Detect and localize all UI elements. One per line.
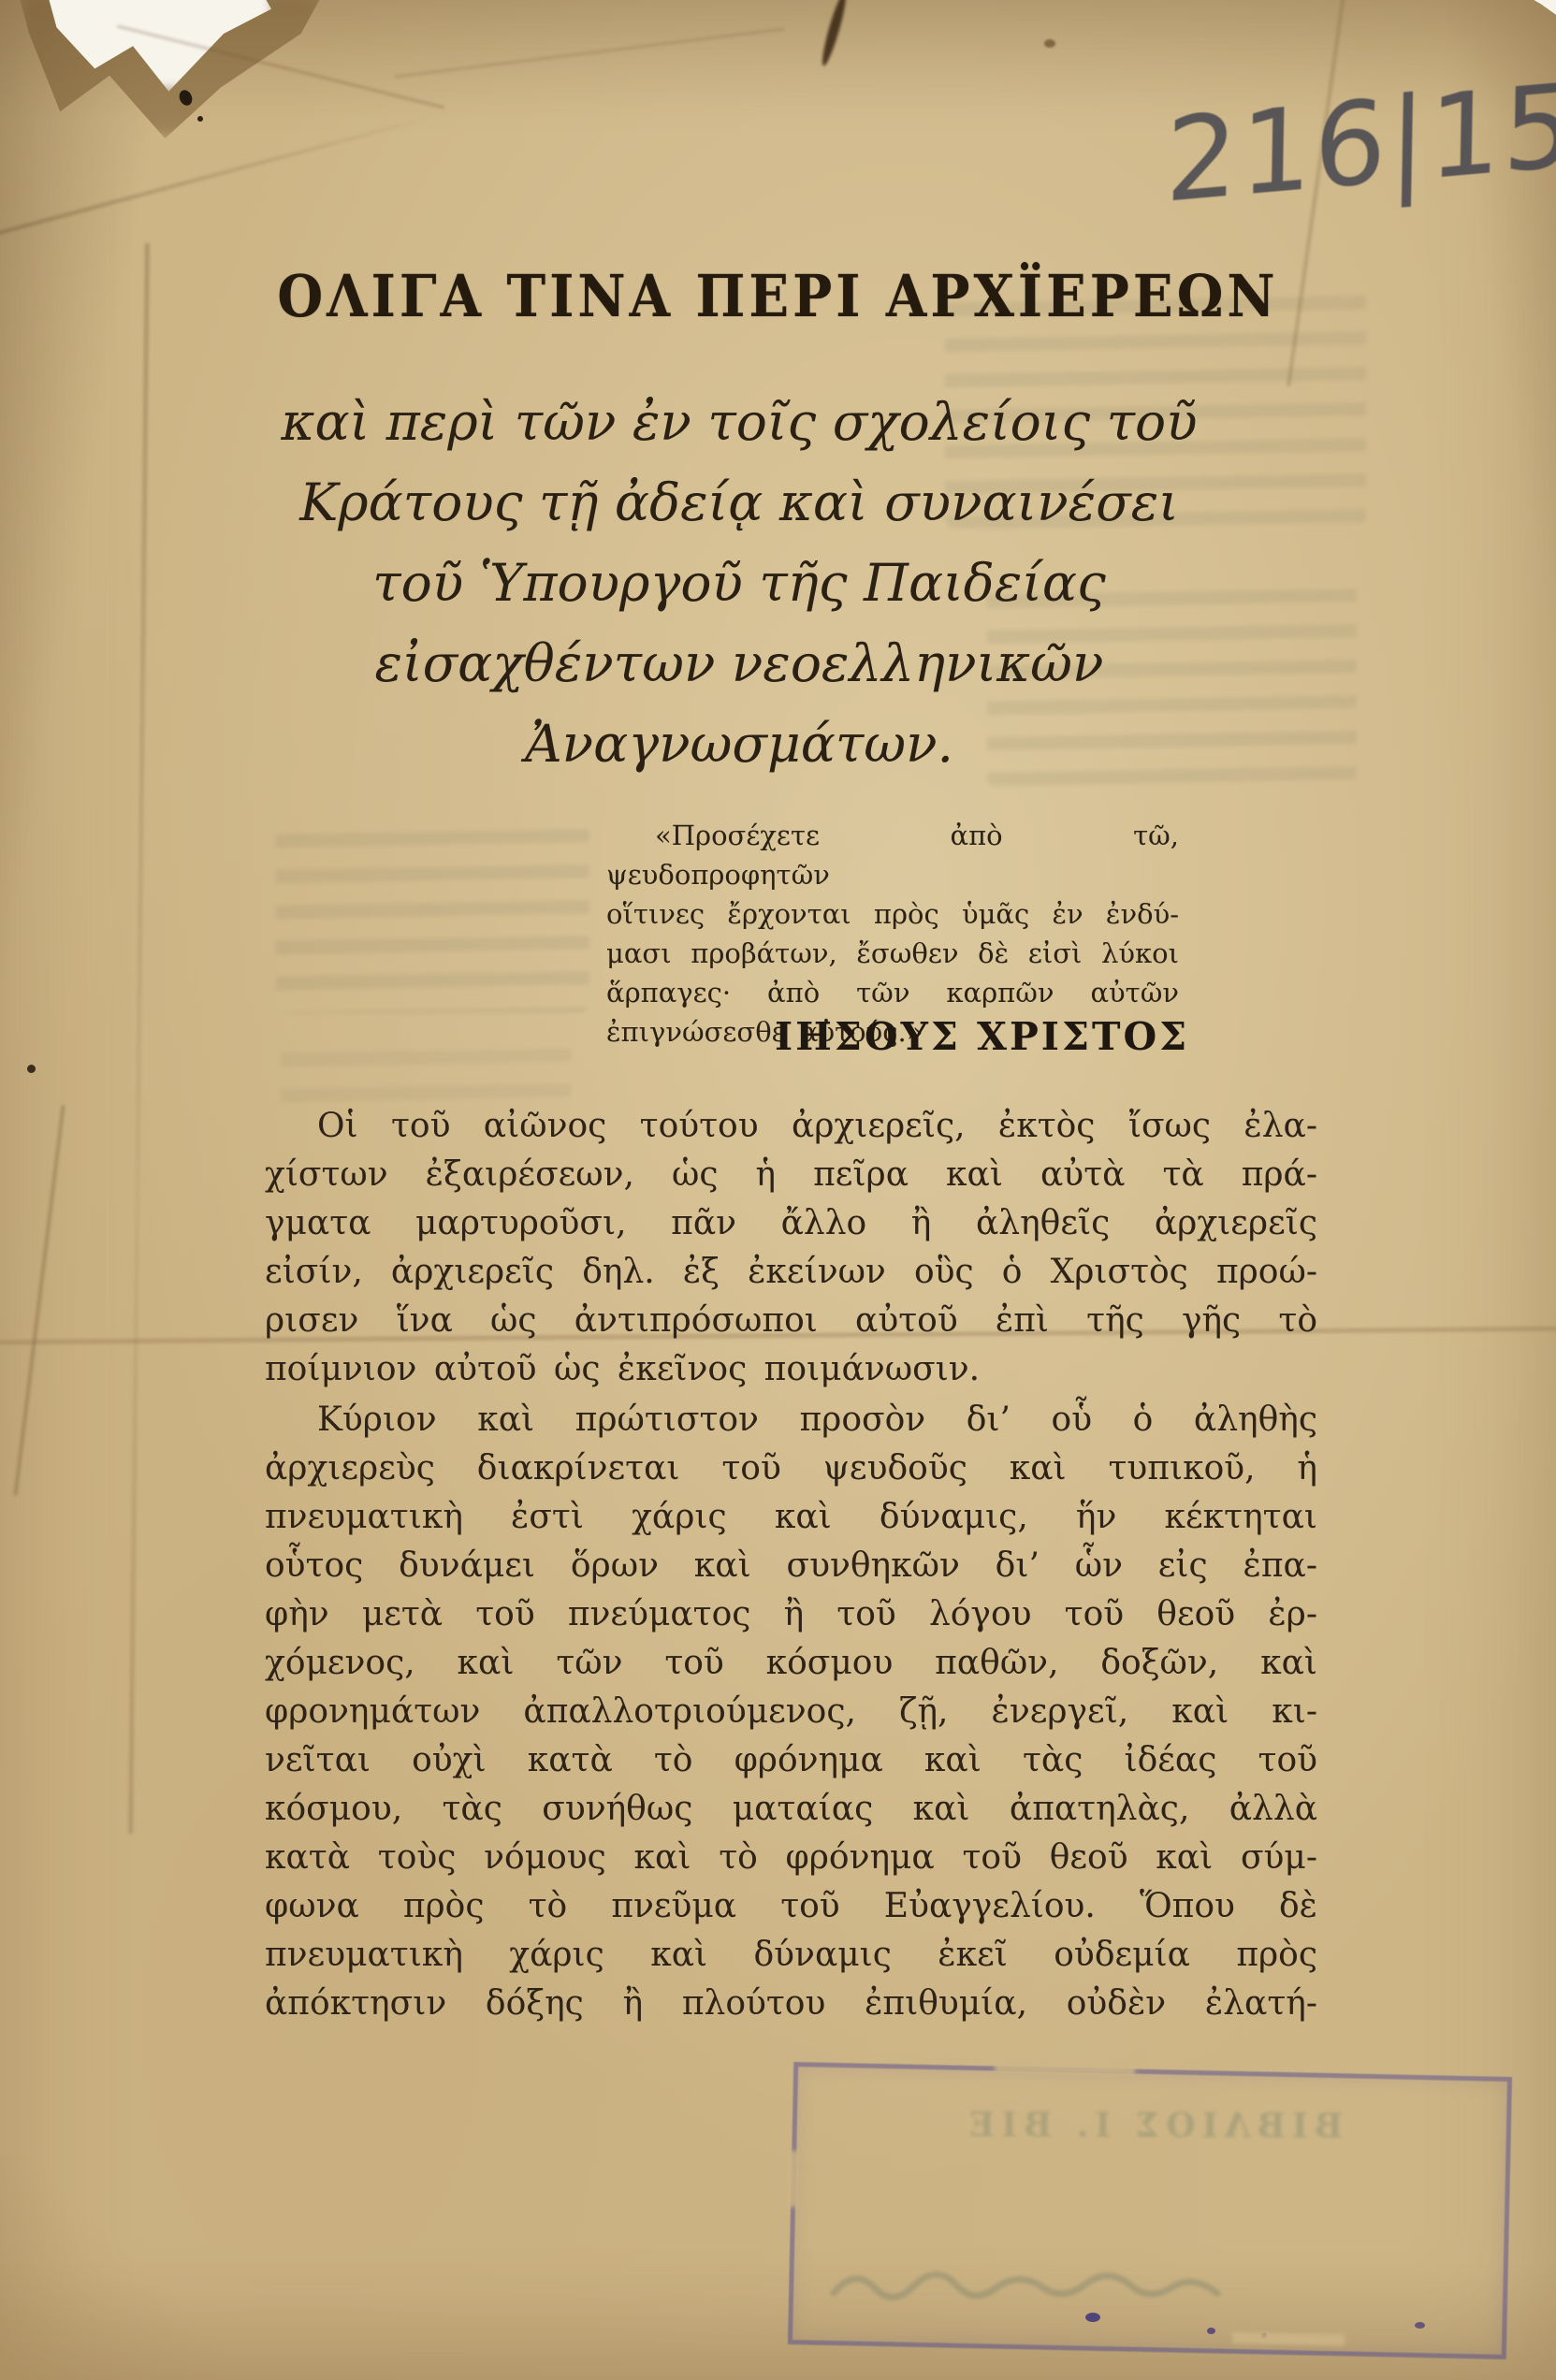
text-line: Κύριον καὶ πρώτιστον προσὸν δι’ οὗ ὁ ἀλη… [265, 1396, 1317, 1444]
text-line: γματα μαρτυροῦσι, πᾶν ἄλλο ἢ ἀληθεῖς ἀρχ… [265, 1199, 1317, 1248]
text-line: κατὰ τοὺς νόμους καὶ τὸ φρόνημα τοῦ θεοῦ… [265, 1834, 1317, 1882]
text-line: ἀπόκτησιν δόξης ἢ πλούτου ἐπιθυμία, οὐδὲ… [265, 1980, 1317, 2028]
text-line: νεῖται οὐχὶ κατὰ τὸ φρόνημα καὶ τὰς ἰδέα… [265, 1736, 1317, 1785]
body-paragraph: Κύριον καὶ πρώτιστον προσὸν δι’ οὗ ὁ ἀλη… [265, 1396, 1317, 2028]
text-line: μασι προβάτων, ἔσωθεν δὲ εἰσὶ λύκοι [606, 934, 1179, 973]
archive-number-handwriting: 216|15 [1165, 75, 1503, 219]
stamp-border-break [788, 2151, 798, 2207]
subtitle-block: καὶ περὶ τῶν ἐν τοῖς σχολείοις τοῦΚράτου… [159, 382, 1319, 784]
text-line: εἰσίν, ἀρχιερεῖς δηλ. ἐξ ἐκείνων οὓς ὁ Χ… [265, 1248, 1317, 1297]
text-line: χόμενος, καὶ τῶν τοῦ κόσμου παθῶν, δοξῶν… [265, 1639, 1317, 1688]
corner-fold [0, 2155, 243, 2380]
text-line: φὴν μετὰ τοῦ πνεύματος ἢ τοῦ λόγου τοῦ θ… [265, 1590, 1317, 1639]
text-line: τοῦ Ὑπουργοῦ τῆς Παιδείας [159, 543, 1319, 623]
stamp-border-break [995, 2063, 1135, 2075]
bleed-through-text [281, 1031, 571, 1111]
body-paragraph: Οἱ τοῦ αἰῶνος τούτου ἀρχιερεῖς, ἐκτὸς ἴσ… [265, 1102, 1317, 1394]
text-line: ἀρχιερεὺς διακρίνεται τοῦ ψευδοῦς καὶ τυ… [265, 1444, 1317, 1493]
text-line: χίστων ἐξαιρέσεων, ὡς ἡ πεῖρα καὶ αὐτὰ τ… [265, 1151, 1317, 1199]
stamp-squiggle [826, 2251, 1229, 2325]
ink-speck [197, 116, 203, 122]
text-line: ἅρπαγες· ἀπὸ τῶν καρπῶν αὐτῶν [606, 973, 1179, 1012]
page-title: ΟΛΙΓΑ ΤΙΝΑ ΠΕΡΙ ΑΡΧΪΕΡΕΩΝ [0, 263, 1556, 331]
stamp-ghost-text: ΒΙΒΛΙΟΣ Ι. ΒΙΕ [900, 2105, 1405, 2146]
bleed-through-text [276, 812, 589, 1013]
text-line: κόσμου, τὰς συνήθως ματαίας καὶ ἀπατηλὰς… [265, 1785, 1317, 1834]
epigraph-attribution: ΙΗΣΟΥΣ ΧΡΙΣΤΟΣ [775, 1014, 1189, 1059]
text-line: οὗτος δυνάμει ὅρων καὶ συνθηκῶν δι’ ὧν ε… [265, 1542, 1317, 1590]
stain-speck [1044, 39, 1055, 48]
library-stamp: ΒΙΒΛΙΟΣ Ι. ΒΙΕ [788, 2062, 1512, 2359]
text-line: φωνα πρὸς τὸ πνεῦμα τοῦ Εὐαγγελίου. Ὅπου… [265, 1882, 1317, 1931]
text-line: «Προσέχετε ἀπὸ τῶ, ψευδοπροφητῶν [606, 816, 1179, 894]
text-line: πνευματικὴ χάρις καὶ δύναμις ἐκεῖ οὐδεμί… [265, 1931, 1317, 1980]
text-line: εἰσαχθέντων νεοελληνικῶν [159, 623, 1319, 704]
ink-speck [27, 1065, 36, 1073]
text-line: ποίμνιον αὐτοῦ ὡς ἐκεῖνος ποιμάνωσιν. [265, 1345, 1317, 1394]
text-line: οἵτινες ἔρχονται πρὸς ὑμᾶς ἐν ἐνδύ- [606, 894, 1179, 934]
text-line: Οἱ τοῦ αἰῶνος τούτου ἀρχιερεῖς, ἐκτὸς ἴσ… [265, 1102, 1317, 1151]
text-line: Κράτους τῇ ἀδείᾳ καὶ συναινέσει [159, 462, 1319, 543]
scanned-document: 216|15 ΟΛΙΓΑ ΤΙΝΑ ΠΕΡΙ ΑΡΧΪΕΡΕΩΝ καὶ περ… [0, 0, 1556, 2380]
text-line: καὶ περὶ τῶν ἐν τοῖς σχολείοις τοῦ [159, 382, 1319, 462]
text-line: φρονημάτων ἀπαλλοτριούμενος, ζῇ, ἐνεργεῖ… [265, 1688, 1317, 1736]
text-line: Ἀναγνωσμάτων. [159, 704, 1319, 784]
stamp-border-break [1232, 2332, 1345, 2346]
text-line: ρισεν ἵνα ὡς ἀντιπρόσωποι αὐτοῦ ἐπὶ τῆς … [265, 1297, 1317, 1345]
text-line: πνευματικὴ ἐστὶ χάρις καὶ δύναμις, ἥν κέ… [265, 1493, 1317, 1542]
